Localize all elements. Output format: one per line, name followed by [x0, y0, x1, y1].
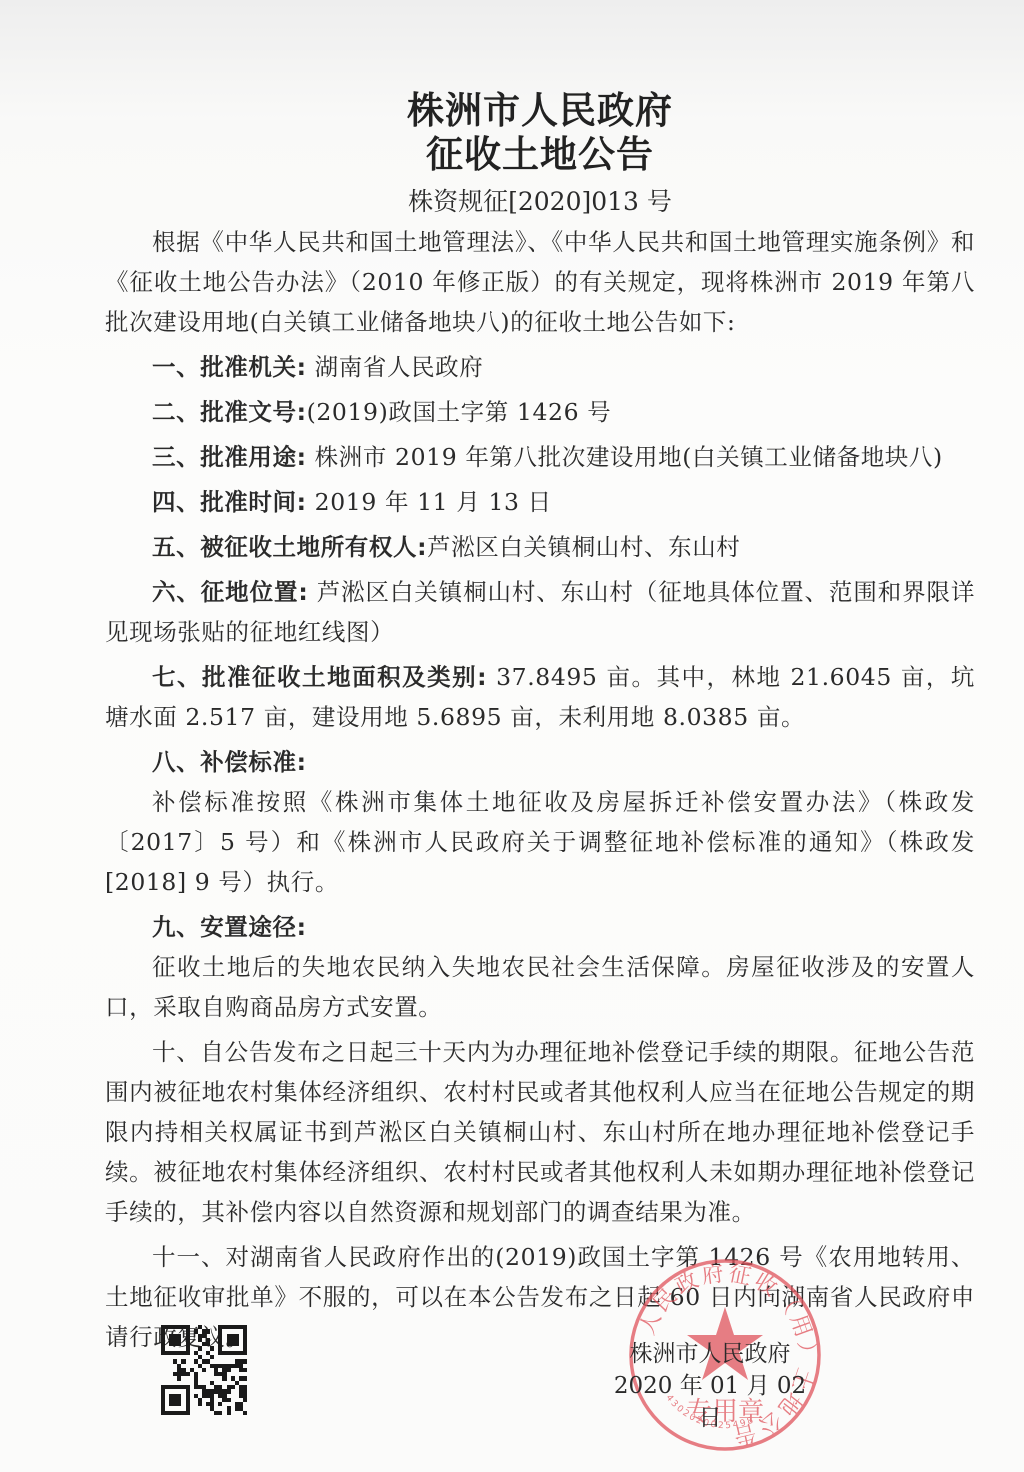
item-label: 八、补偿标准:	[152, 748, 307, 776]
document-title-issuer: 株洲市人民政府	[105, 88, 975, 134]
item-value: 2019 年 11 月 13 日	[307, 488, 552, 516]
item-value: 株洲市 2019 年第八批次建设用地(白关镇工业储备地块八)	[307, 443, 943, 471]
item-approved-use: 三、批准用途: 株洲市 2019 年第八批次建设用地(白关镇工业储备地块八)	[105, 437, 975, 477]
item-registration-period: 十、自公告发布之日起三十天内为办理征地补偿登记手续的期限。征地公告范围内被征地农…	[105, 1032, 975, 1232]
intro-paragraph: 根据《中华人民共和国土地管理法》、《中华人民共和国土地管理实施条例》和《征收土地…	[105, 222, 975, 342]
item-value: 芦淞区白关镇桐山村、东山村	[427, 533, 740, 561]
item-compensation-heading: 八、补偿标准:	[105, 742, 975, 782]
item-approval-authority: 一、批准机关: 湖南省人民政府	[105, 347, 975, 387]
resettlement-paragraph: 征收土地后的失地农民纳入失地农民社会生活保障。房屋征收涉及的安置人口，采取自购商…	[105, 947, 975, 1027]
signature-date: 2020 年 01 月 02 日	[600, 1370, 820, 1434]
document-title: 征收土地公告	[105, 132, 975, 178]
item-approval-date: 四、批准时间: 2019 年 11 月 13 日	[105, 482, 975, 522]
document-number: 株资规征[2020]013 号	[105, 182, 975, 222]
item-label: 六、征地位置:	[152, 578, 308, 606]
announcement-document: 株洲市人民政府 征收土地公告 株资规征[2020]013 号 根据《中华人民共和…	[105, 88, 975, 1357]
compensation-paragraph: 补偿标准按照《株洲市集体土地征收及房屋拆迁补偿安置办法》（株政发〔2017〕5 …	[105, 782, 975, 902]
item-value: 湖南省人民政府	[307, 353, 484, 381]
item-label: 二、批准文号:	[152, 398, 307, 426]
item-label: 七、批准征收土地面积及类别:	[152, 663, 487, 691]
item-land-area: 七、批准征收土地面积及类别: 37.8495 亩。其中，林地 21.6045 亩…	[105, 657, 975, 737]
item-label: 九、安置途径:	[152, 913, 307, 941]
item-label: 一、批准机关:	[152, 353, 307, 381]
signature-block: 株洲市人民政府 2020 年 01 月 02 日	[600, 1338, 820, 1434]
item-label: 四、批准时间:	[152, 488, 307, 516]
item-label: 三、批准用途:	[152, 443, 307, 471]
item-value: (2019)政国土字第 1426 号	[307, 398, 612, 426]
qr-code-icon[interactable]	[161, 1325, 247, 1415]
signature-issuer: 株洲市人民政府	[600, 1338, 820, 1370]
item-resettlement-heading: 九、安置途径:	[105, 907, 975, 947]
item-approval-number: 二、批准文号:(2019)政国土字第 1426 号	[105, 392, 975, 432]
item-label: 五、被征收土地所有权人:	[152, 533, 427, 561]
item-land-location: 六、征地位置: 芦淞区白关镇桐山村、东山村（征地具体位置、范围和界限详见现场张贴…	[105, 572, 975, 652]
item-land-owner: 五、被征收土地所有权人:芦淞区白关镇桐山村、东山村	[105, 527, 975, 567]
